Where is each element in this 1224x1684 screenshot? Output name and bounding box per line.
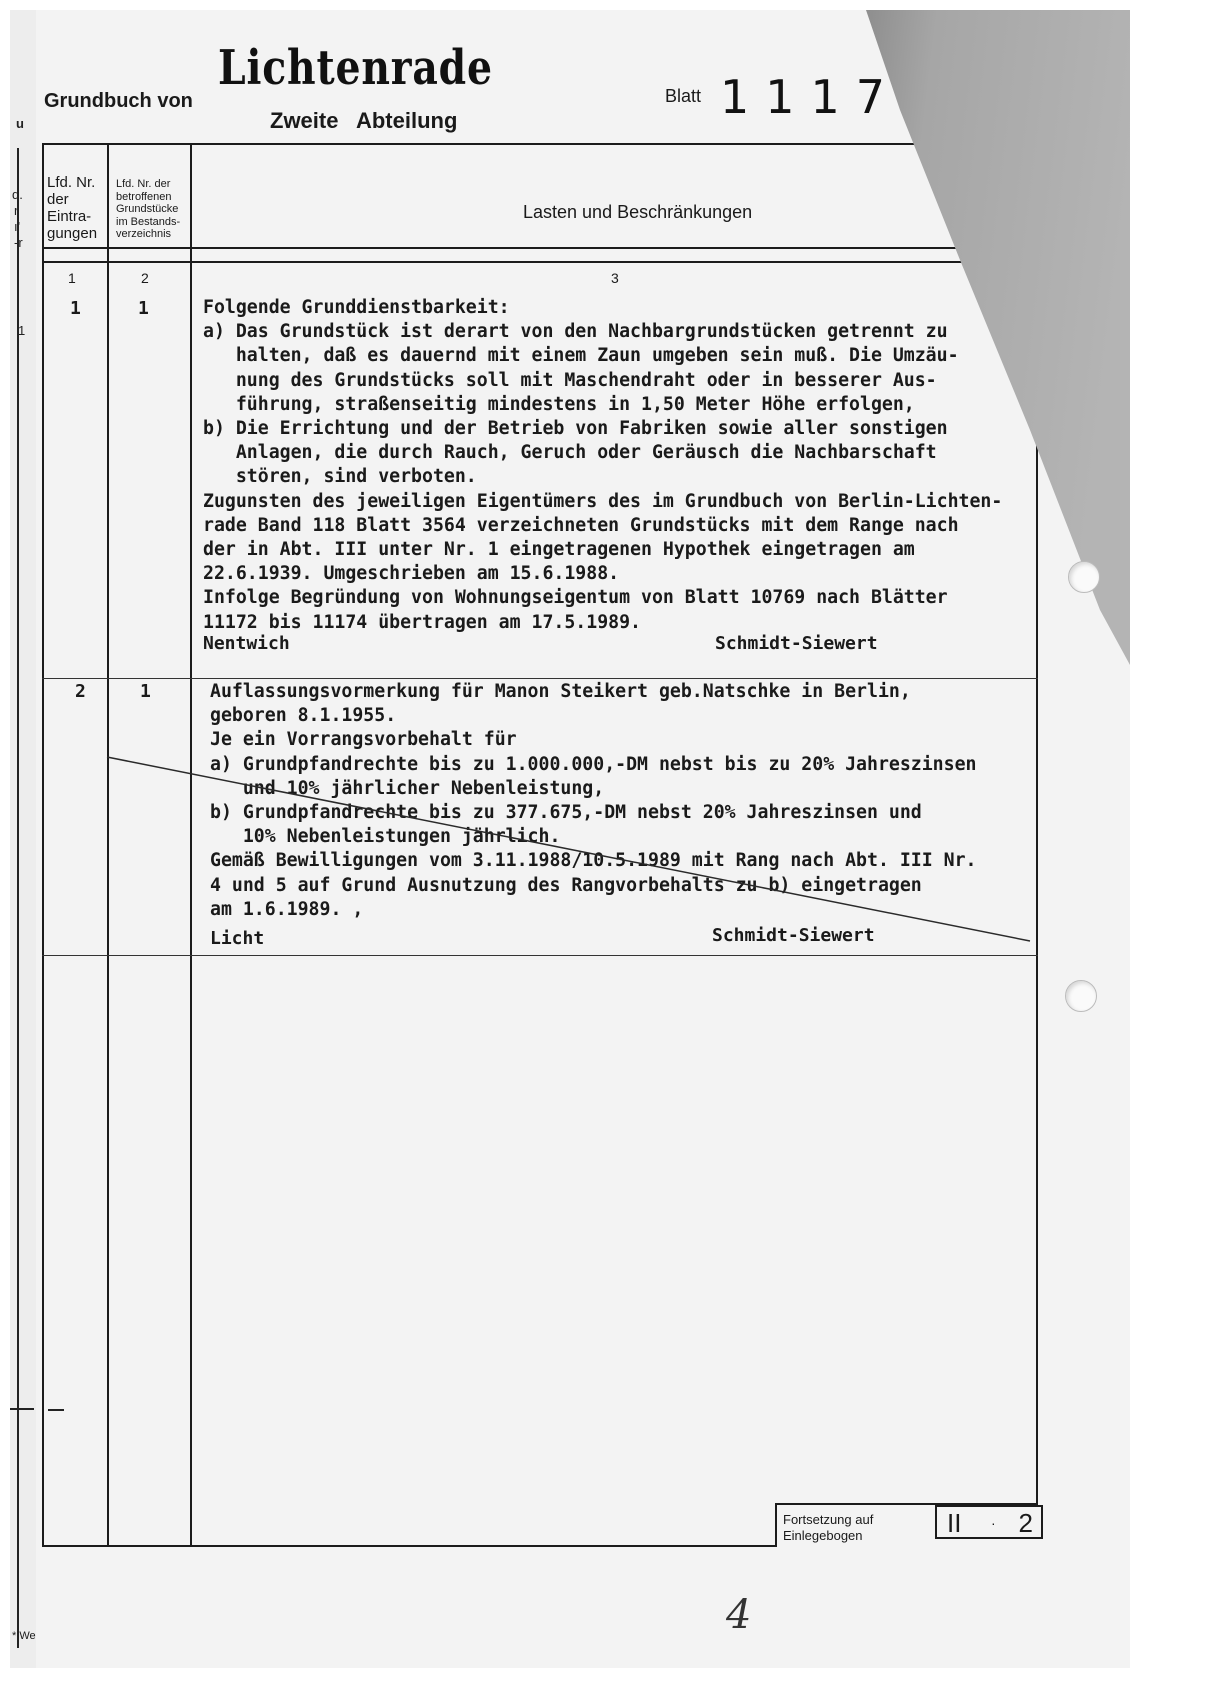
footer-step-line <box>775 1504 777 1547</box>
column-3-number: 3 <box>611 270 619 286</box>
grundbuch-label: Grundbuch von <box>44 90 193 113</box>
bogen-roman: II <box>947 1507 961 1539</box>
entry-2-lfd-nr: 2 <box>75 681 86 702</box>
margin-mark: 1 <box>18 324 25 338</box>
table-top-border <box>42 143 1042 145</box>
continuation-label: Fortsetzung auf Einlegebogen <box>783 1512 873 1544</box>
column-2-number: 2 <box>141 270 149 286</box>
entry-2-grundstueck-nr: 1 <box>140 681 151 702</box>
punch-hole <box>1065 980 1097 1012</box>
margin-tick <box>48 1409 64 1411</box>
bogen-separator: · <box>991 1507 996 1539</box>
section-title: Zweite Abteilung <box>270 108 457 134</box>
margin-mark: r <box>14 204 18 218</box>
entry-2-text: Auflassungsvormerkung für Manon Steikert… <box>210 680 977 922</box>
column-1-number: 1 <box>68 270 76 286</box>
punch-hole <box>1068 561 1100 593</box>
entry-1-lfd-nr: 1 <box>70 298 81 319</box>
column-2-header: Lfd. Nr. der betroffenen Grundstücke im … <box>116 178 180 241</box>
column-2-divider <box>190 143 192 1547</box>
entry-1-signature-right: Schmidt-Siewert <box>715 633 878 654</box>
left-margin-line <box>17 148 19 1648</box>
row-divider <box>42 955 1038 956</box>
margin-mark: -r <box>14 236 23 250</box>
location-stamp: Lichtenrade <box>218 40 493 96</box>
margin-mark: ı' <box>14 220 20 234</box>
entry-2-signature-left: Licht <box>210 928 264 949</box>
blatt-number: 11174 <box>720 70 946 124</box>
entry-1-text: Folgende Grunddienstbarkeit: a) Das Grun… <box>203 296 1002 635</box>
table-bottom-border <box>42 1545 777 1547</box>
table-right-border <box>1036 432 1038 1504</box>
margin-tick <box>10 1408 34 1410</box>
handwritten-mark: 4 <box>726 1592 751 1638</box>
column-3-header: Lasten und Beschränkungen <box>523 202 752 223</box>
table-left-border <box>42 143 44 1547</box>
column-number-bottom-border <box>42 261 1102 263</box>
margin-mark: d. <box>12 188 23 202</box>
row-divider <box>42 678 1038 679</box>
margin-note: * We <box>12 1630 36 1642</box>
header-bottom-border <box>42 247 1082 249</box>
entry-1-signature-left: Nentwich <box>203 633 290 654</box>
entry-2-signature-right: Schmidt-Siewert <box>712 925 875 946</box>
bogen-reference-box: II · 2 <box>935 1505 1043 1539</box>
entry-1-grundstueck-nr: 1 <box>138 298 149 319</box>
column-1-divider <box>107 143 109 1547</box>
margin-mark: u <box>16 117 24 131</box>
left-margin-strip <box>10 10 36 1668</box>
bogen-number: 2 <box>1019 1507 1033 1539</box>
blatt-label: Blatt <box>665 86 701 107</box>
column-1-header: Lfd. Nr. der Eintra- gungen <box>47 174 97 242</box>
